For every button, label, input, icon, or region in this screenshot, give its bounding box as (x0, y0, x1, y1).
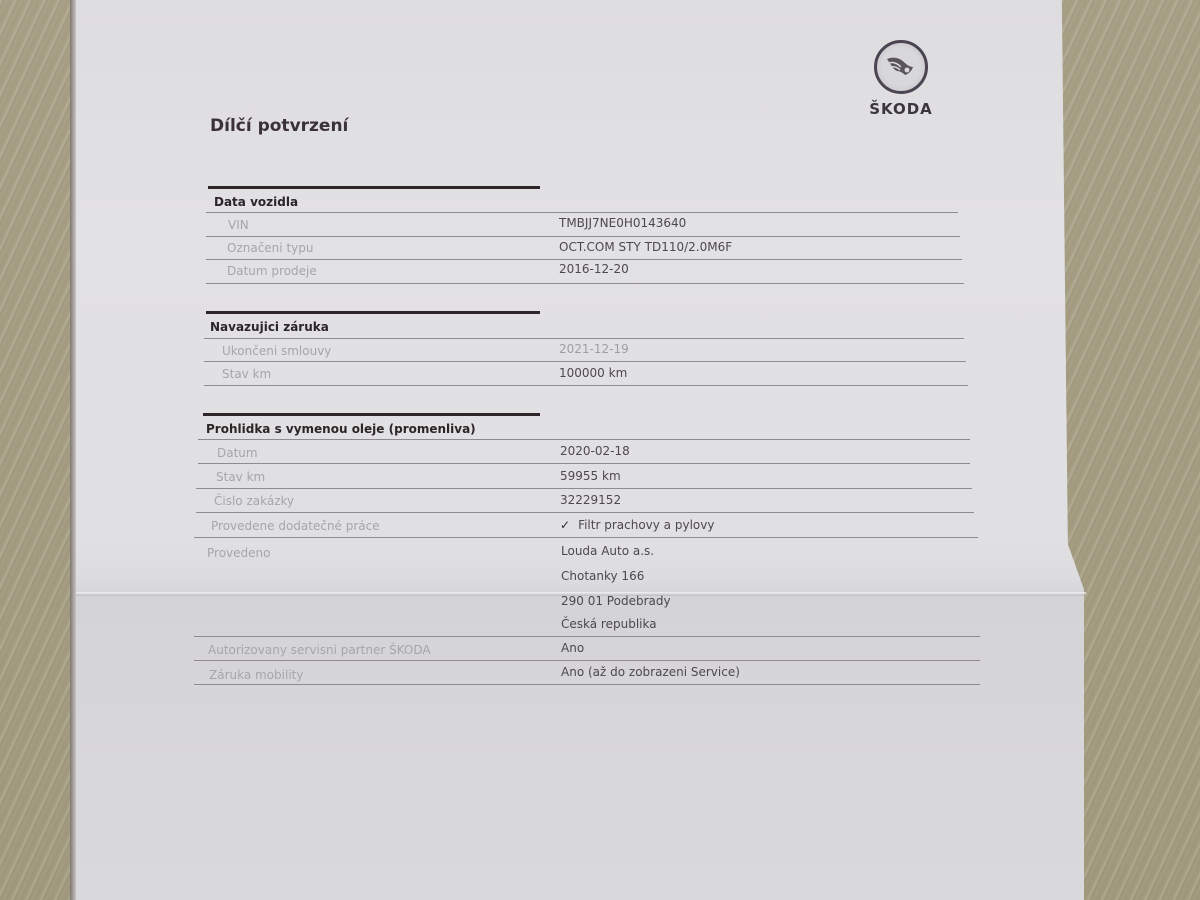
field-label: Označeni typu (227, 241, 313, 255)
mobility-warranty-value: Ano (až do zobrazeni Service) (561, 665, 740, 679)
row-divider (194, 537, 978, 538)
field-label: Stav km (216, 470, 265, 484)
section-divider (208, 186, 540, 189)
field-label: Datum prodeje (227, 264, 317, 278)
field-label: Stav km (222, 367, 271, 381)
field-label: Autorizovany servisni partner ŠKODA (208, 643, 431, 657)
brand-name: ŠKODA (866, 100, 936, 118)
dealer-country: Česká republika (561, 617, 657, 631)
warranty-km-value: 100000 km (559, 366, 627, 380)
page-title: Dílčí potvrzení (210, 116, 348, 136)
dealer-street: Chotanky 166 (561, 569, 644, 583)
row-divider (198, 463, 970, 464)
order-number-value: 32229152 (560, 493, 621, 507)
field-label: Čislo zakázky (214, 494, 294, 508)
row-divider (206, 283, 964, 284)
row-divider (206, 259, 962, 260)
row-divider (194, 684, 980, 685)
field-label: Záruka mobility (209, 668, 303, 682)
field-label: Datum (217, 446, 258, 460)
section-heading: Navazujici záruka (210, 320, 329, 334)
field-label: VIN (228, 218, 249, 232)
row-divider (194, 660, 980, 661)
section-divider (203, 413, 540, 416)
brand-logo: ŠKODA (866, 40, 936, 118)
row-divider (196, 512, 974, 513)
row-divider (196, 488, 972, 489)
skoda-winged-arrow-logo-icon (874, 40, 928, 94)
row-divider (206, 236, 960, 237)
checkmark-icon: ✓ (560, 518, 570, 532)
contract-end-value: 2021-12-19 (559, 342, 629, 356)
dealer-city: 290 01 Podebrady (561, 594, 671, 608)
section-divider (206, 311, 540, 314)
paper-edge (70, 0, 76, 900)
row-divider (204, 338, 964, 339)
additional-work-text: Filtr prachovy a pylovy (578, 518, 714, 532)
additional-work-value: ✓Filtr prachovy a pylovy (560, 518, 714, 532)
service-km-value: 59955 km (560, 469, 621, 483)
row-divider (206, 212, 958, 213)
row-divider (204, 361, 966, 362)
field-label: Provedeno (207, 546, 270, 560)
authorized-partner-value: Ano (561, 641, 584, 655)
row-divider (204, 385, 968, 386)
vin-value: TMBJJ7NE0H0143640 (559, 216, 686, 230)
section-heading: Data vozidla (214, 195, 298, 209)
section-heading: Prohlidka s vymenou oleje (promenliva) (206, 422, 476, 436)
field-label: Ukončeni smlouvy (222, 344, 331, 358)
field-label: Provedene dodatečné práce (211, 519, 380, 533)
row-divider (194, 636, 980, 637)
row-divider (198, 439, 970, 440)
dealer-name: Louda Auto a.s. (561, 544, 654, 558)
type-value: OCT.COM STY TD110/2.0M6F (559, 240, 732, 254)
service-date-value: 2020-02-18 (560, 444, 630, 458)
sale-date-value: 2016-12-20 (559, 262, 629, 276)
